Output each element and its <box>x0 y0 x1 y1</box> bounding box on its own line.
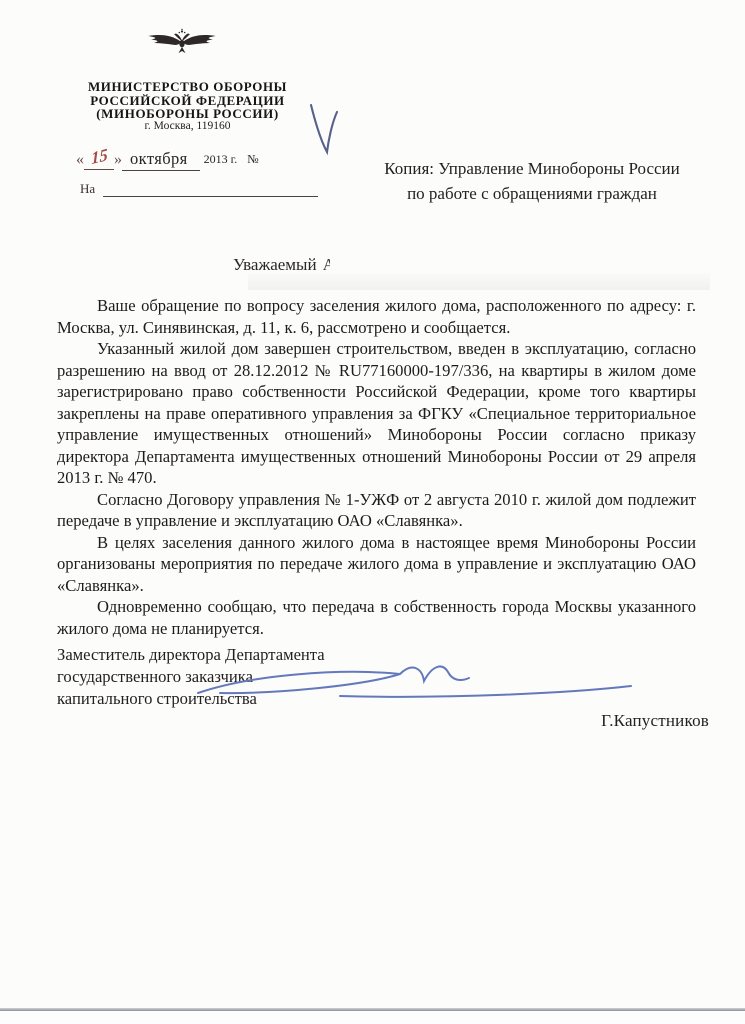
redacted-name-fragment: А <box>323 255 330 275</box>
date-line: «15»октября2013 г.№ <box>76 149 259 171</box>
body-paragraph: Ваше обращение по вопросу заселения жило… <box>57 295 696 338</box>
reference-line: На <box>80 181 318 197</box>
scanned-letter-page: МИНИСТЕРСТВО ОБОРОНЫ РОССИЙСКОЙ ФЕДЕРАЦИ… <box>0 0 745 1024</box>
date-year: 2013 г. <box>204 152 238 166</box>
handwritten-date-day: 15 <box>90 145 107 170</box>
copy-recipient-line1: Копия: Управление Минобороны России <box>346 156 718 181</box>
date-close-quote: » <box>114 151 122 168</box>
body-paragraph: Одновременно сообщаю, что передача в соб… <box>57 596 696 639</box>
redaction-whiteout-strip <box>248 273 710 290</box>
reference-label: На <box>80 181 95 196</box>
salutation-text: Уважаемый <box>233 255 317 274</box>
reference-blank-underline <box>103 183 318 197</box>
outgoing-number-sign: № <box>247 152 258 166</box>
letterhead-org-name: МИНИСТЕРСТВО ОБОРОНЫ РОССИЙСКОЙ ФЕДЕРАЦИ… <box>60 80 315 121</box>
date-month: октября <box>122 149 200 171</box>
copy-recipient-line2: по работе с обращениями граждан <box>346 181 718 206</box>
copy-recipient-block: Копия: Управление Минобороны России по р… <box>346 156 718 206</box>
body-paragraph: Согласно Договору управления № 1-УЖФ от … <box>57 489 696 532</box>
signatory-name: Г.Капустников <box>601 711 709 731</box>
date-day-slot: 15 <box>84 149 114 170</box>
org-line: МИНИСТЕРСТВО ОБОРОНЫ <box>60 80 315 94</box>
org-line: (МИНОБОРОНЫ РОССИИ) <box>60 107 315 121</box>
salutation: УважаемыйА <box>233 255 330 275</box>
date-open-quote: « <box>76 151 84 168</box>
handwritten-check-mark-icon <box>304 101 346 159</box>
body-paragraph: Указанный жилой дом завершен строительст… <box>57 338 696 489</box>
org-line: РОССИЙСКОЙ ФЕДЕРАЦИИ <box>60 94 315 108</box>
body-paragraph: В целях заселения данного жилого дома в … <box>57 532 696 597</box>
letterhead-address: г. Москва, 119160 <box>60 120 315 132</box>
double-headed-eagle-emblem-icon <box>147 26 217 60</box>
scan-bottom-margin <box>0 1011 745 1024</box>
handwritten-signature-icon <box>190 660 635 706</box>
letter-body: Ваше обращение по вопросу заселения жило… <box>57 295 696 639</box>
